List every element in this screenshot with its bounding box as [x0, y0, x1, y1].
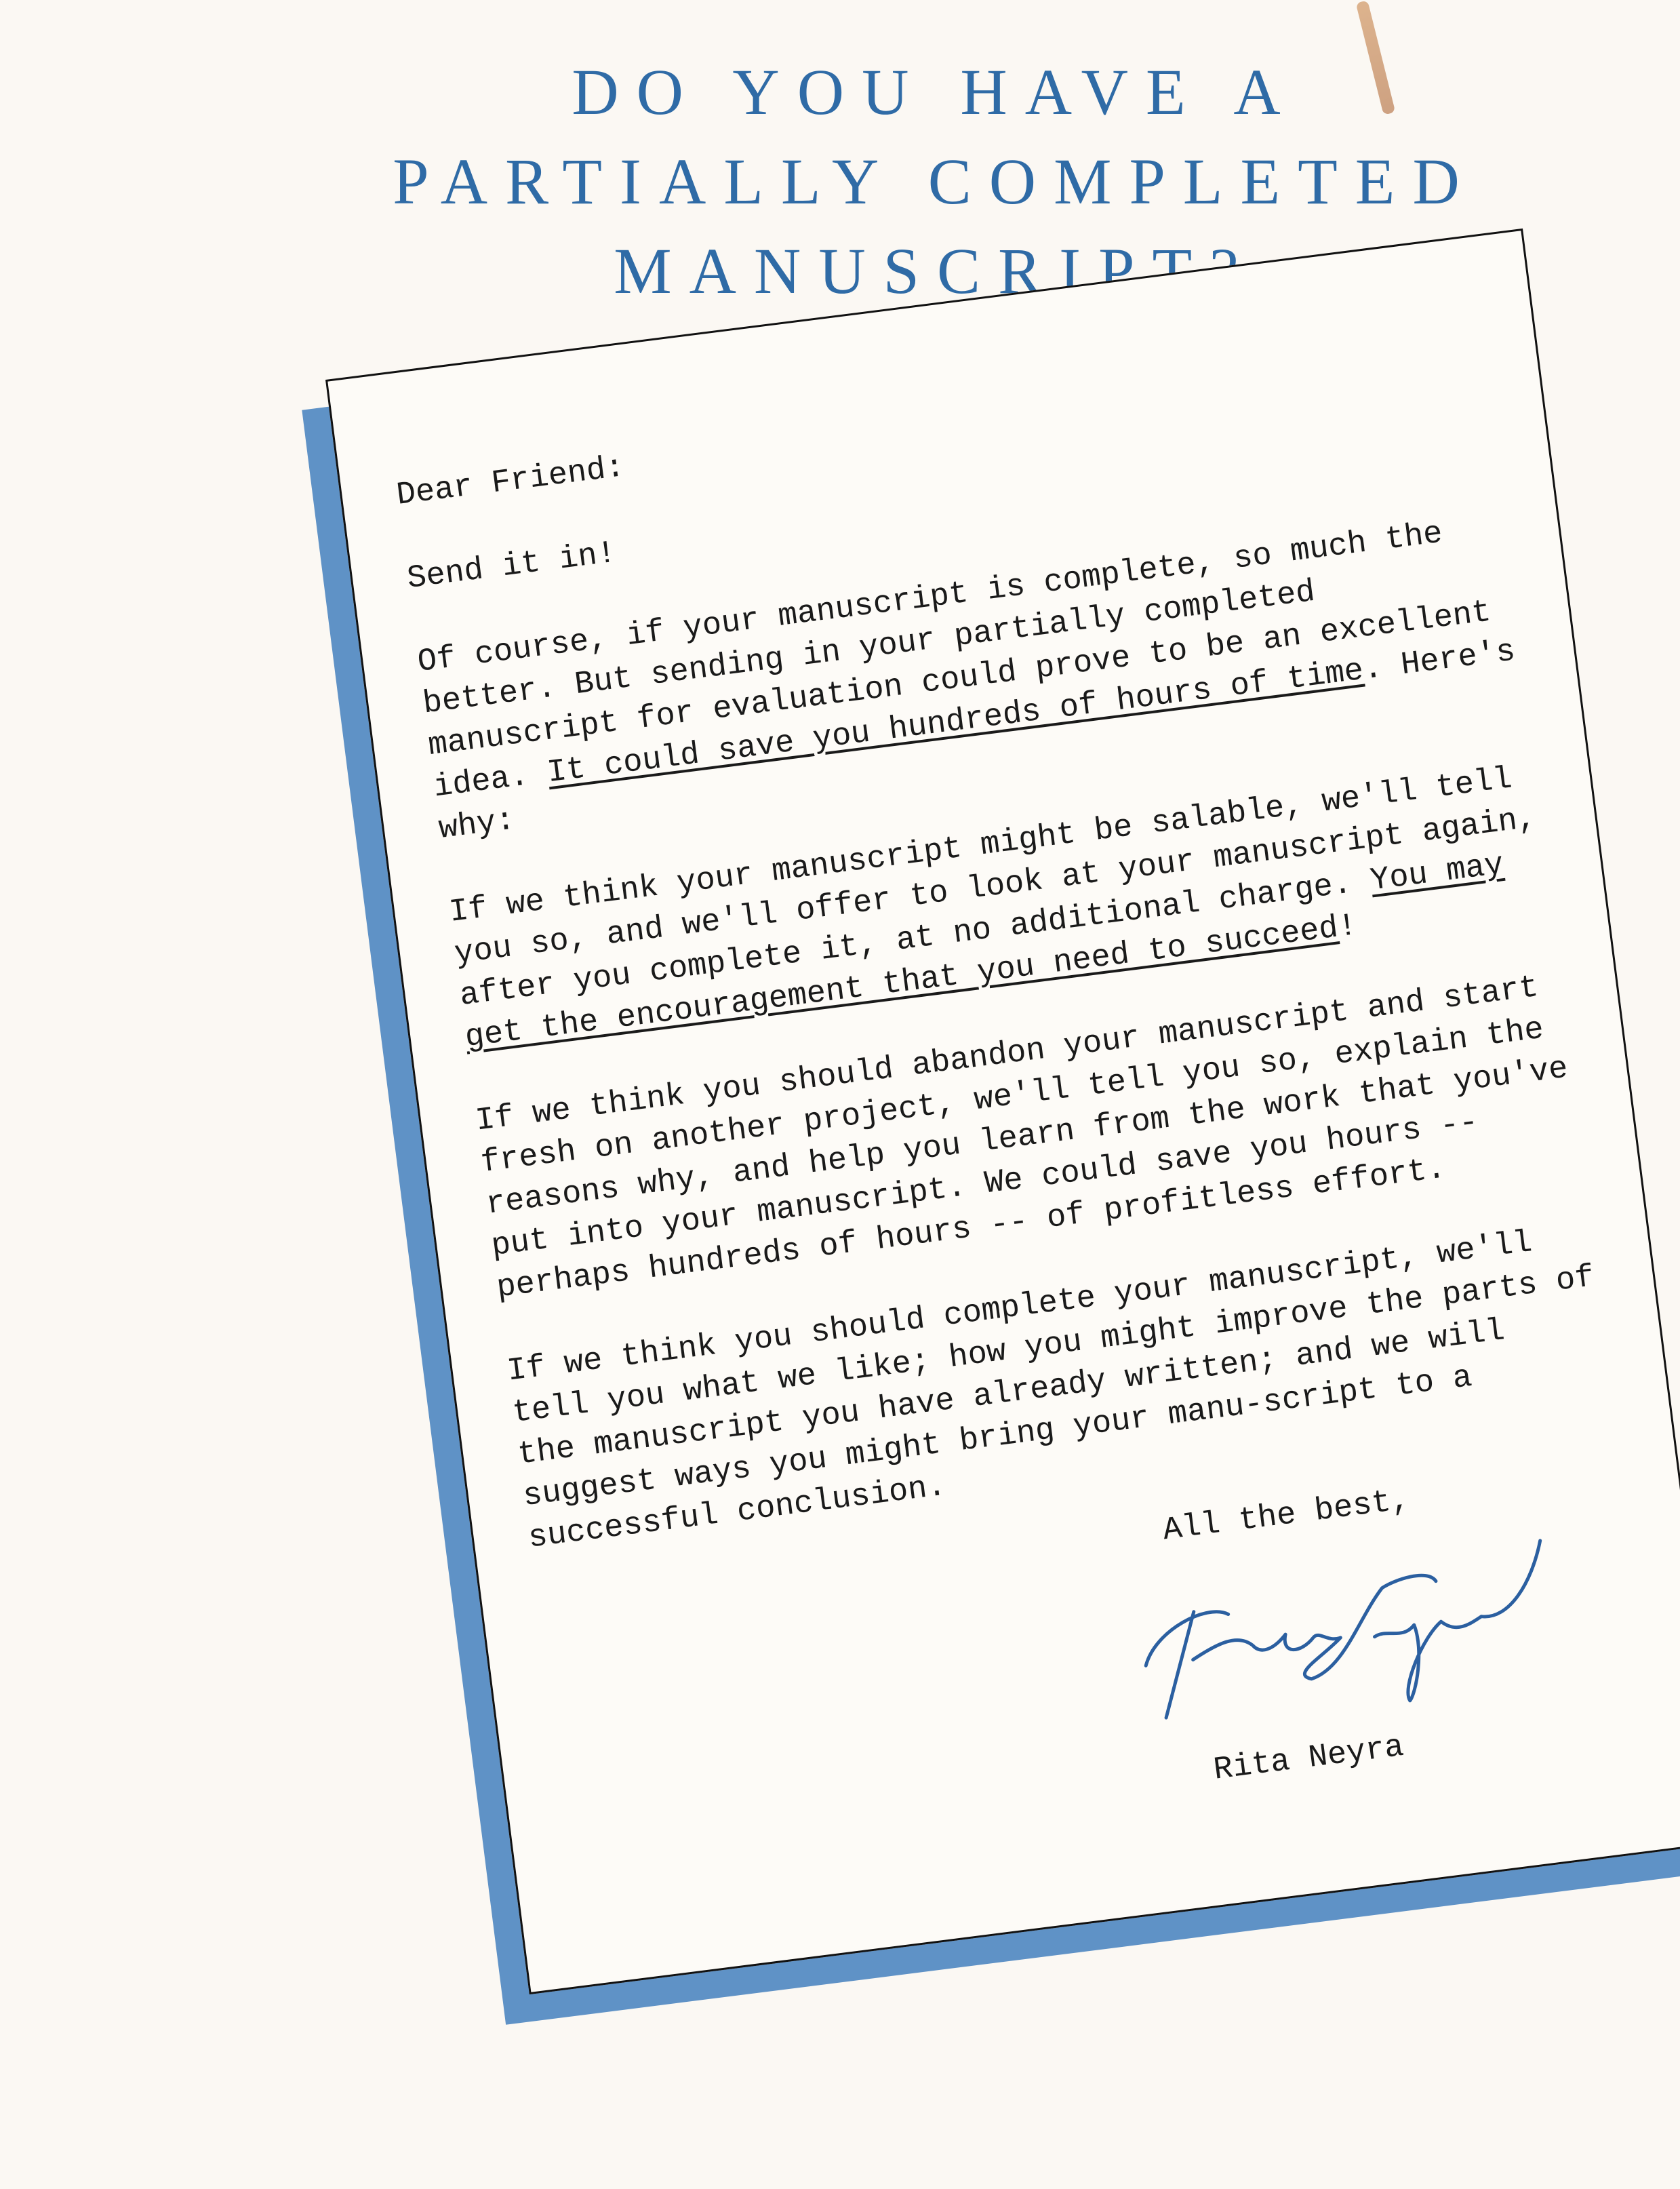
headline-line-2: PARTIALLY COMPLETED	[190, 137, 1680, 226]
greeting: Dear Friend:	[395, 338, 1489, 517]
letter: Dear Friend: Send it in! Of course, if y…	[325, 229, 1680, 1994]
signer-name: Rita Neyra	[1212, 1729, 1405, 1789]
headline-line-1: DO YOU HAVE A	[190, 47, 1680, 137]
letter-body: Dear Friend: Send it in! Of course, if y…	[395, 338, 1626, 1602]
letter-sheet: Dear Friend: Send it in! Of course, if y…	[325, 229, 1680, 1994]
paragraph-2-tail: !	[1336, 908, 1359, 946]
